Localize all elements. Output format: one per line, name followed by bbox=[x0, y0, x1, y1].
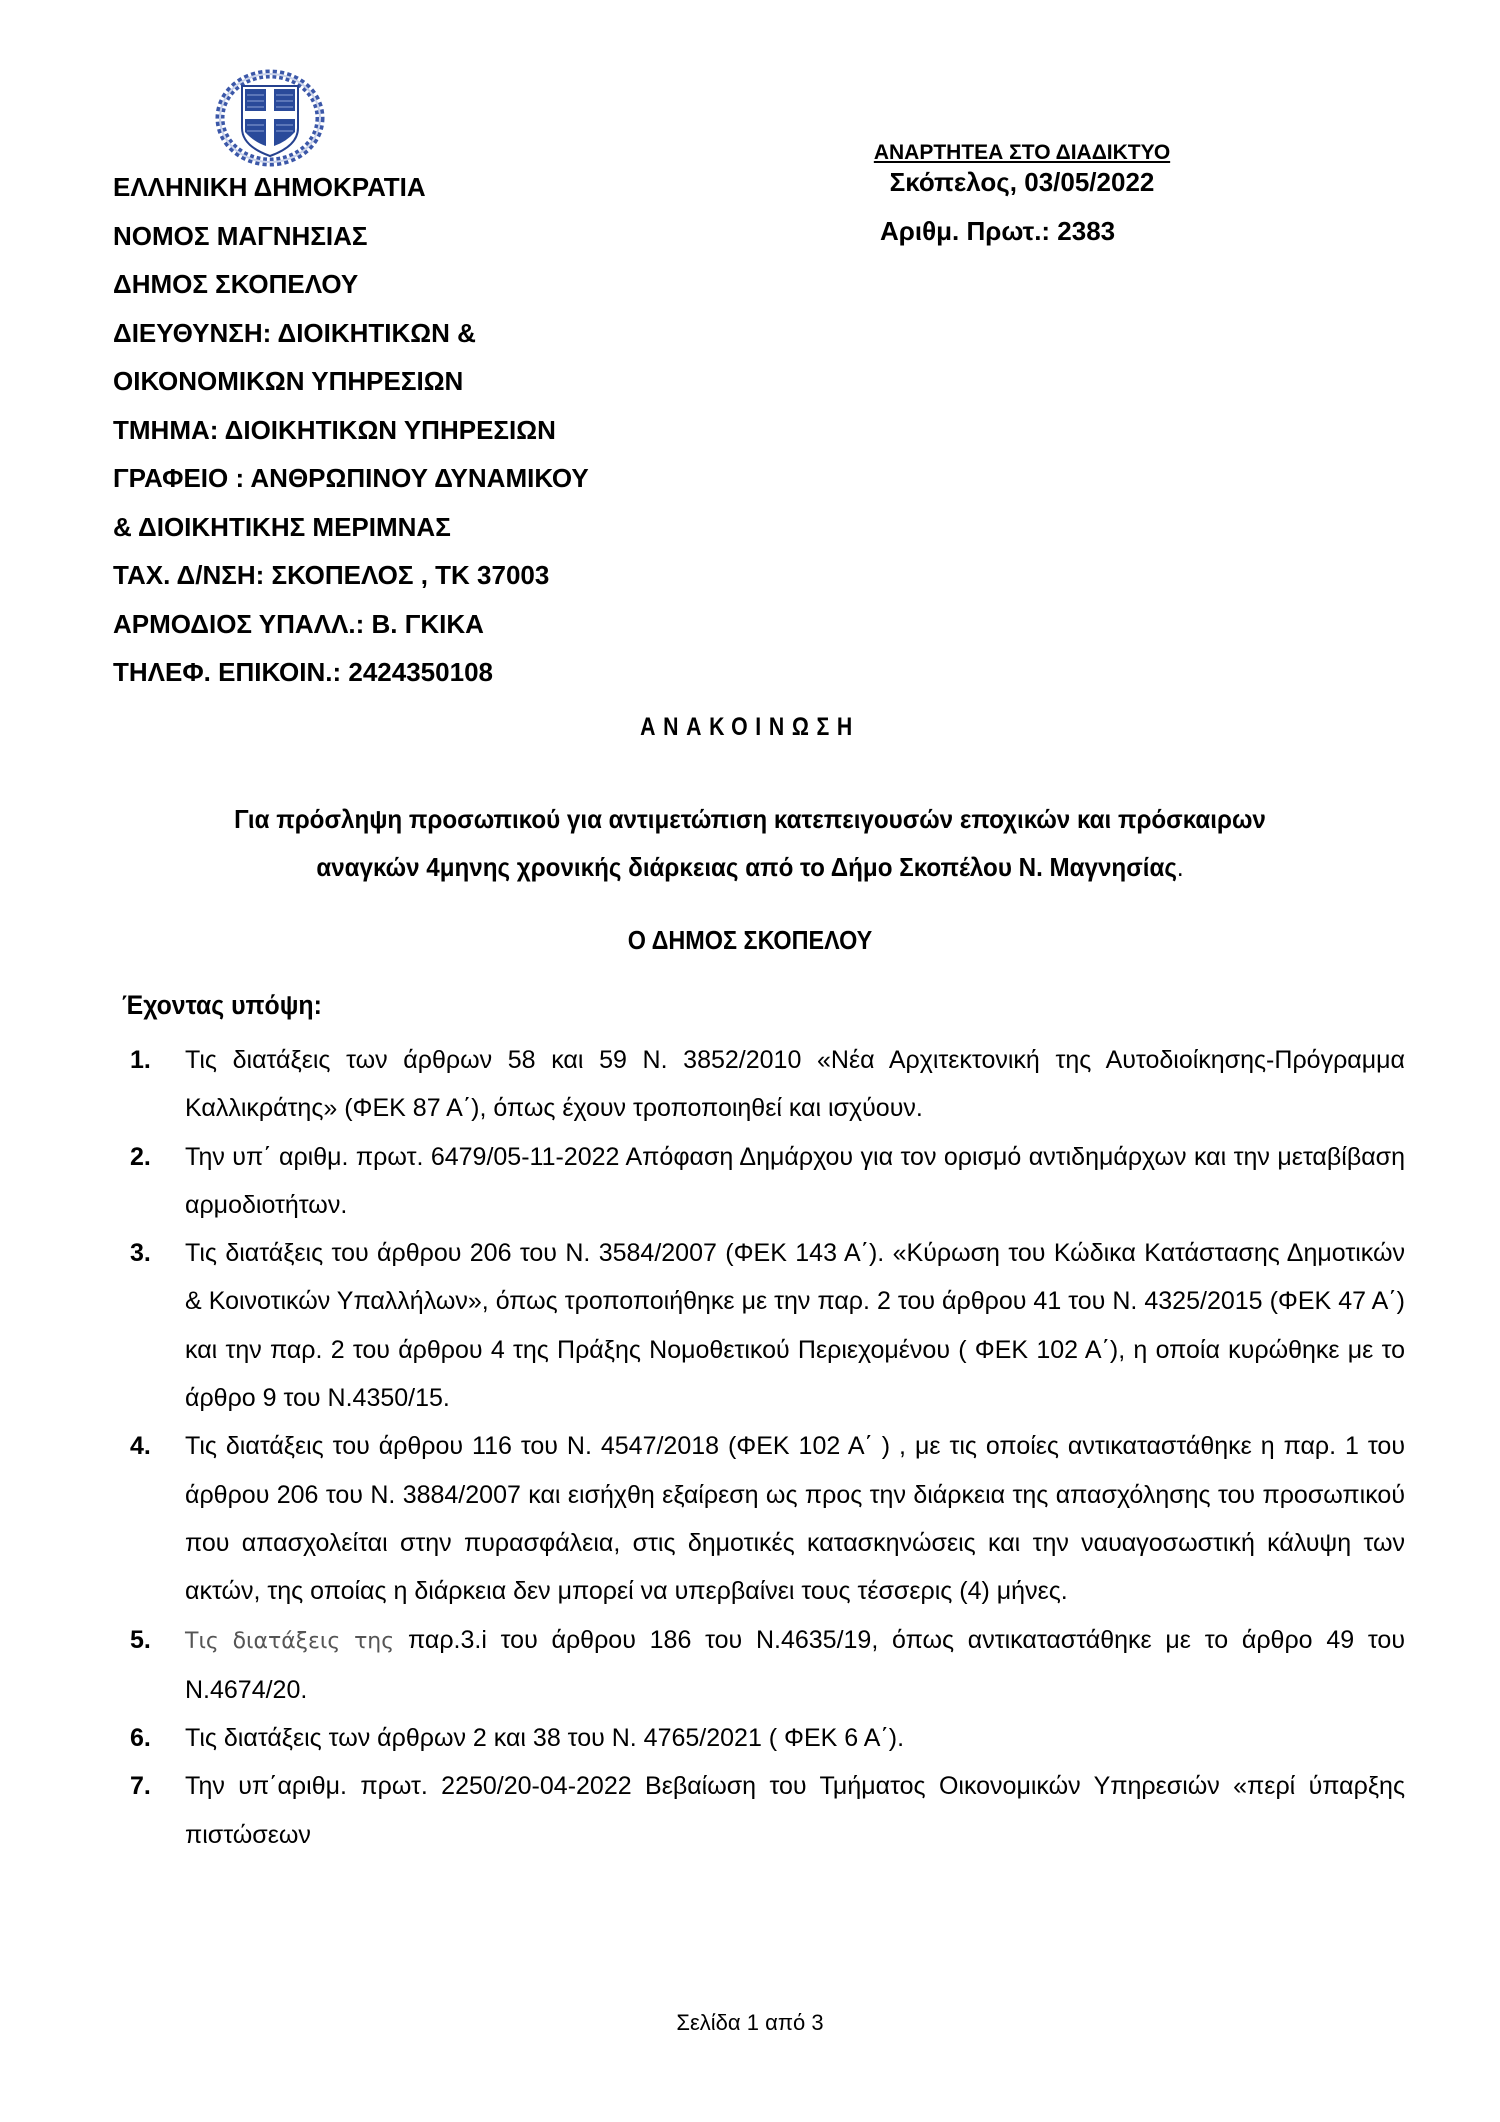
item-text: Τις διατάξεις του άρθρου 116 του Ν. 4547… bbox=[185, 1422, 1405, 1615]
item-text: Τις διατάξεις των άρθρων 2 και 38 του Ν.… bbox=[185, 1714, 1405, 1762]
item-text: Την υπ΄ αριθμ. πρωτ. 6479/05-11-2022 Από… bbox=[185, 1133, 1405, 1230]
header-line: ΔΗΜΟΣ ΣΚΟΠΕΛΟΥ bbox=[113, 260, 589, 309]
header-line: ΤΜΗΜΑ: ΔΙΟΙΚΗΤΙΚΩΝ ΥΠΗΡΕΣΙΩΝ bbox=[113, 406, 589, 455]
post-online-notice: ΑΝΑΡΤΗΤΕΑ ΣΤΟ ΔΙΑΔΙΚΤΥΟ bbox=[862, 140, 1182, 166]
list-item: 6. Τις διατάξεις των άρθρων 2 και 38 του… bbox=[130, 1714, 1405, 1762]
subject: Για πρόσληψη προσωπικού για αντιμετώπιση… bbox=[146, 795, 1355, 891]
item-text-wrapper: Τις διατάξεις της παρ.3.i του άρθρου 186… bbox=[185, 1616, 1405, 1715]
place-date: Σκόπελος, 03/05/2022 bbox=[862, 166, 1182, 198]
list-item: 3. Τις διατάξεις του άρθρου 206 του Ν. 3… bbox=[130, 1229, 1405, 1422]
header-line: ΤΗΛΕΦ. ΕΠΙΚΟΙΝ.: 2424350108 bbox=[113, 648, 589, 697]
header-line: & ΔΙΟΙΚΗΤΙΚΗΣ ΜΕΡΙΜΝΑΣ bbox=[113, 503, 589, 552]
header-line: ΔΙΕΥΘΥΝΣΗ: ΔΙΟΙΚΗΤΙΚΩΝ & bbox=[113, 309, 589, 358]
subject-period: . bbox=[1177, 852, 1184, 882]
item-number: 2. bbox=[130, 1133, 185, 1230]
list-item: 7. Την υπ΄αριθμ. πρωτ. 2250/20-04-2022 Β… bbox=[130, 1762, 1405, 1859]
list-item: 2. Την υπ΄ αριθμ. πρωτ. 6479/05-11-2022 … bbox=[130, 1133, 1405, 1230]
item-number: 7. bbox=[130, 1762, 185, 1859]
page-number: Σελίδα 1 από 3 bbox=[0, 2010, 1500, 2036]
header-line: ΓΡΑΦΕΙΟ : ΑΝΘΡΩΠΙΝΟΥ ΔΥΝΑΜΙΚΟΥ bbox=[113, 454, 589, 503]
item-text: Τις διατάξεις του άρθρου 206 του Ν. 3584… bbox=[185, 1229, 1405, 1422]
greek-coat-of-arms-emblem bbox=[214, 68, 326, 168]
subject-line-1: Για πρόσληψη προσωπικού για αντιμετώπιση… bbox=[146, 795, 1355, 843]
item-text: Την υπ΄αριθμ. πρωτ. 2250/20-04-2022 Βεβα… bbox=[185, 1762, 1405, 1859]
header-line: ΟΙΚΟΝΟΜΙΚΩΝ ΥΠΗΡΕΣΙΩΝ bbox=[113, 357, 589, 406]
item-number: 1. bbox=[130, 1036, 185, 1133]
item-number: 3. bbox=[130, 1229, 185, 1422]
item-number: 6. bbox=[130, 1714, 185, 1762]
header-line: ΤΑΧ. Δ/ΝΣΗ: ΣΚΟΠΕΛΟΣ , ΤΚ 37003 bbox=[113, 551, 589, 600]
item-number: 5. bbox=[130, 1616, 185, 1715]
considering-heading: Έχοντας υπόψη: bbox=[122, 990, 322, 1021]
header-line: ΝΟΜΟΣ ΜΑΓΝΗΣΙΑΣ bbox=[113, 212, 589, 261]
municipality-heading: Ο ΔΗΜΟΣ ΣΚΟΠΕΛΟΥ bbox=[75, 925, 1425, 956]
document-title: ΑΝΑΚΟΙΝΩΣΗ bbox=[113, 713, 1388, 742]
item-prefix: Τις διατάξεις της bbox=[185, 1629, 408, 1654]
list-item: 1. Τις διατάξεις των άρθρων 58 και 59 Ν.… bbox=[130, 1036, 1405, 1133]
list-item: 4. Τις διατάξεις του άρθρου 116 του Ν. 4… bbox=[130, 1422, 1405, 1615]
header-line: ΕΛΛΗΝΙΚΗ ΔΗΜΟΚΡΑΤΙΑ bbox=[113, 163, 589, 212]
item-text: Τις διατάξεις των άρθρων 58 και 59 Ν. 38… bbox=[185, 1036, 1405, 1133]
item-number: 4. bbox=[130, 1422, 185, 1615]
sender-header: ΕΛΛΗΝΙΚΗ ΔΗΜΟΚΡΑΤΙΑ ΝΟΜΟΣ ΜΑΓΝΗΣΙΑΣ ΔΗΜΟ… bbox=[113, 163, 589, 697]
considerations-list: 1. Τις διατάξεις των άρθρων 58 και 59 Ν.… bbox=[130, 1036, 1405, 1859]
date-block: ΑΝΑΡΤΗΤΕΑ ΣΤΟ ΔΙΑΔΙΚΤΥΟ Σκόπελος, 03/05/… bbox=[862, 140, 1182, 198]
subject-line-2: αναγκών 4μηνης χρονικής διάρκειας από το… bbox=[316, 852, 1177, 882]
list-item: 5. Τις διατάξεις της παρ.3.i του άρθρου … bbox=[130, 1616, 1405, 1715]
protocol-number: Αριθμ. Πρωτ.: 2383 bbox=[880, 216, 1115, 247]
header-line: ΑΡΜΟΔΙΟΣ ΥΠΑΛΛ.: Β. ΓΚΙΚΑ bbox=[113, 600, 589, 649]
